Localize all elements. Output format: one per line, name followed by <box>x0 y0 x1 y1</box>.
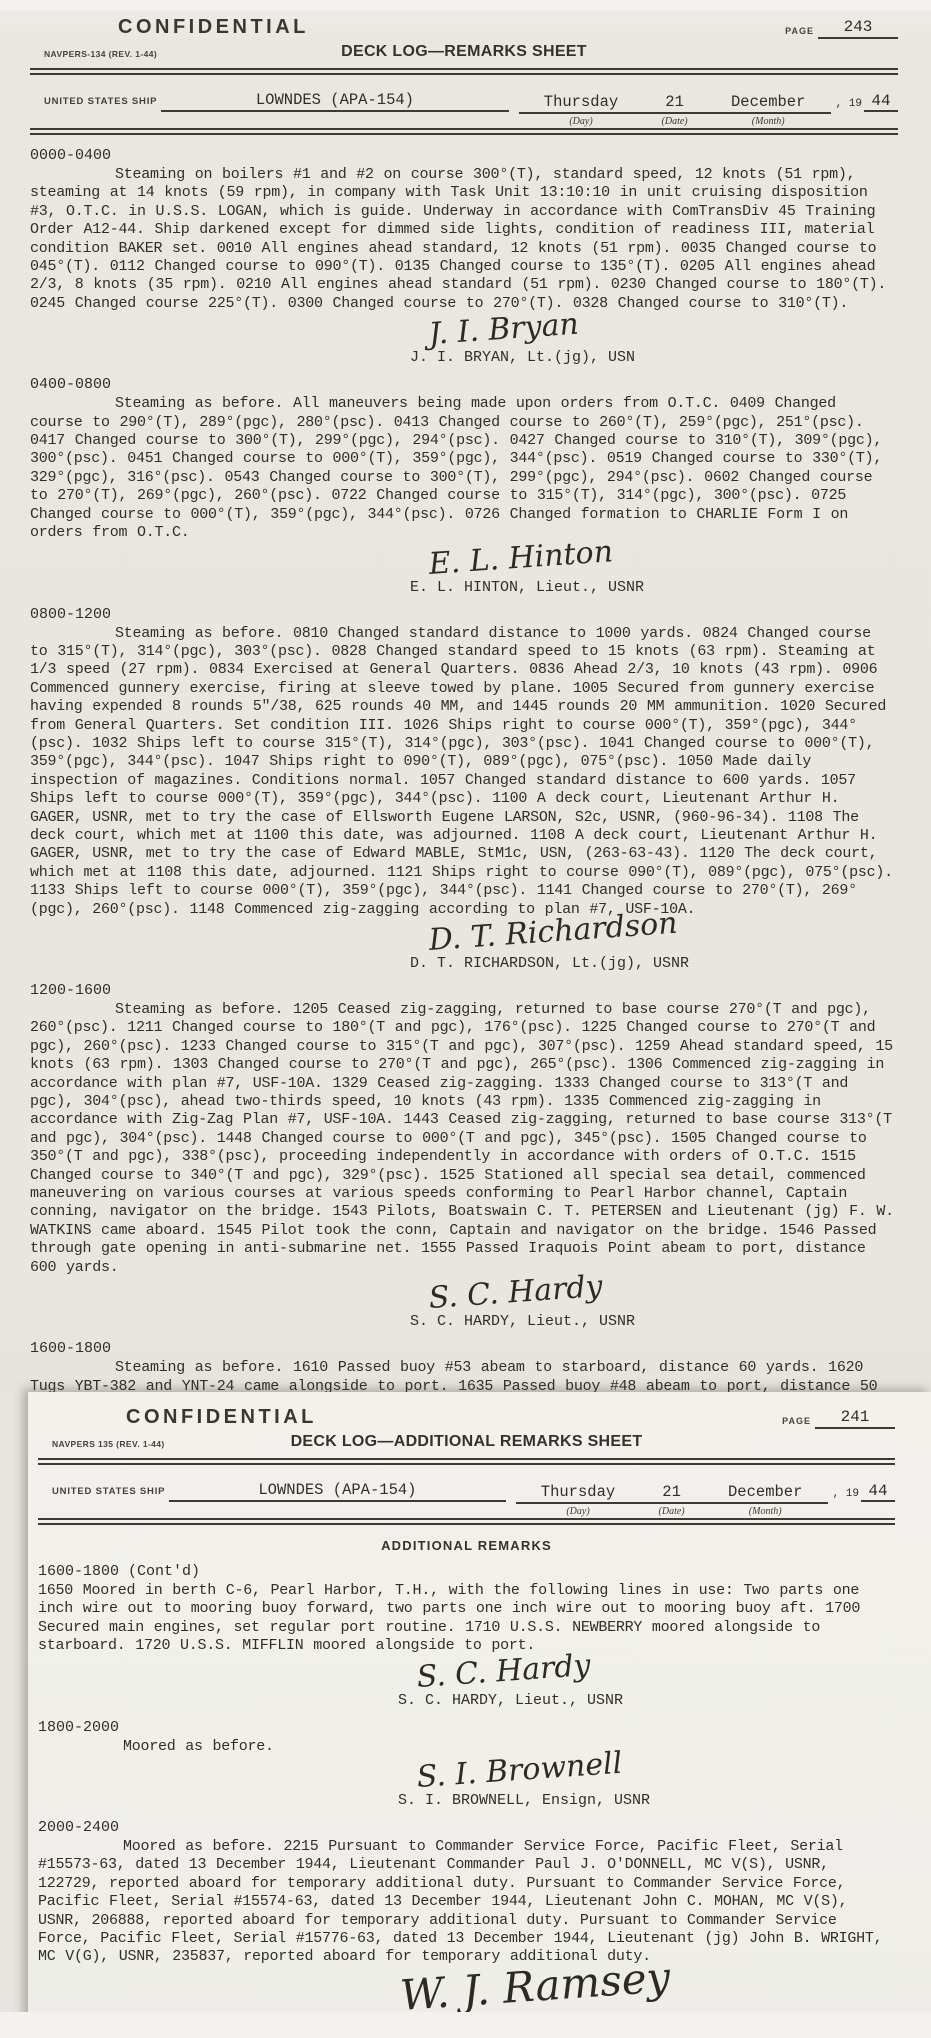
time-range-heading: 0000-0400 <box>30 147 898 164</box>
signature-block: J. I. Bryan J. I. BRYAN, Lt.(jg), USN <box>410 317 898 366</box>
classification-stamp: CONFIDENTIAL <box>126 1406 317 1429</box>
log-entry-text: Moored as before. <box>38 1738 895 1756</box>
scanned-deck-log-page: CONFIDENTIAL PAGE 243 NAVPERS-134 (REV. … <box>0 0 931 2038</box>
log-entry: 1600-1800 (Cont'd) 1650 Moored in berth … <box>38 1563 895 1709</box>
log-entry: 0000-0400 Steaming on boilers #1 and #2 … <box>30 147 898 366</box>
signature-typed-name: S. I. BROWNELL, Ensign, USNR <box>398 1792 895 1809</box>
time-range-heading: 0800-1200 <box>30 606 898 623</box>
log-entry: 0400-0800 Steaming as before. All maneuv… <box>30 376 898 595</box>
signature-typed-name: S. C. HARDY, Lieut., USNR <box>398 1692 895 1709</box>
date-field: Thursday 21 December (Day) (Date) (Month… <box>519 93 831 128</box>
additional-remarks-heading: ADDITIONAL REMARKS <box>38 1538 895 1553</box>
day-label: (Day) <box>516 1506 641 1518</box>
time-range-heading: 1200-1600 <box>30 982 898 999</box>
ship-name: LOWNDES (APA-154) <box>169 1481 505 1502</box>
deck-log-remarks-sheet: CONFIDENTIAL PAGE 243 NAVPERS-134 (REV. … <box>0 0 931 1392</box>
year-value: 44 <box>861 1482 895 1502</box>
signature-typed-name: S. C. HARDY, Lieut., USNR <box>410 1313 898 1330</box>
ship-label: UNITED STATES SHIP <box>44 96 157 107</box>
date-label: (Date) <box>640 1506 702 1518</box>
signature-block: S. I. Brownell S. I. BROWNELL, Ensign, U… <box>398 1760 895 1809</box>
signature-typed-name: J. I. BRYAN, Lt.(jg), USN <box>410 349 898 366</box>
deck-log-additional-remarks-sheet: CONFIDENTIAL PAGE 241 NAVPERS 135 (REV. … <box>28 1392 931 2038</box>
double-rule <box>30 128 898 135</box>
signature-script: J. I. Bryan <box>428 307 580 352</box>
signature-block: D. T. Richardson D. T. RICHARDSON, Lt.(j… <box>410 923 898 972</box>
log-entry-text: Steaming on boilers #1 and #2 on course … <box>30 166 898 313</box>
double-rule <box>30 68 898 75</box>
log-entry: 1600-1800 Steaming as before. 1610 Passe… <box>30 1340 898 1392</box>
log-entry-text: Steaming as before. All maneuvers being … <box>30 395 898 542</box>
sheet2-form-row: NAVPERS 135 (REV. 1-44) DECK LOG—ADDITIO… <box>38 1431 895 1451</box>
page-label: PAGE <box>782 1416 811 1426</box>
year-field: , 19 44 <box>833 1482 895 1502</box>
log-entry-text: Steaming as before. 0810 Changed standar… <box>30 625 898 920</box>
log-entry-text: Steaming as before. 1610 Passed buoy #53… <box>30 1359 898 1392</box>
time-range-heading: 1600-1800 <box>30 1340 898 1357</box>
page-number: 243 <box>818 18 898 39</box>
double-rule <box>38 1518 895 1525</box>
year-field: , 19 44 <box>836 92 898 112</box>
date-labels: (Day) (Date) (Month) <box>519 116 831 128</box>
log-entry-text: Steaming as before. 1205 Ceased zig-zagg… <box>30 1001 898 1277</box>
year-prefix: , 19 <box>836 98 862 112</box>
date-number: 21 <box>640 1483 702 1501</box>
ship-and-date-row: UNITED STATES SHIP LOWNDES (APA-154) Thu… <box>38 1481 895 1518</box>
scan-edge-bottom <box>0 2012 931 2038</box>
year-value: 44 <box>864 92 898 112</box>
form-title: DECK LOG—REMARKS SHEET <box>30 43 898 61</box>
signature-block: S. C. Hardy S. C. HARDY, Lieut., USNR <box>410 1281 898 1330</box>
signature-block: E. L. Hinton E. L. HINTON, Lieut., USNR <box>410 547 898 596</box>
time-range-heading: 0400-0800 <box>30 376 898 393</box>
page-number-block: PAGE 243 <box>785 18 898 39</box>
signature-block: S. C. Hardy S. C. HARDY, Lieut., USNR <box>398 1660 895 1709</box>
day-label: (Day) <box>519 116 644 128</box>
ship-name: LOWNDES (APA-154) <box>161 91 508 112</box>
log-entry: 0800-1200 Steaming as before. 0810 Chang… <box>30 606 898 973</box>
scan-edge-top <box>0 0 931 10</box>
page-number: 241 <box>815 1408 895 1429</box>
sheet2-header-row: CONFIDENTIAL PAGE 241 <box>38 1406 895 1429</box>
month-label: (Month) <box>703 1506 828 1518</box>
date-values: Thursday 21 December <box>519 93 831 114</box>
date-labels: (Day) (Date) (Month) <box>516 1506 828 1518</box>
log-entry-text: 1650 Moored in berth C-6, Pearl Harbor, … <box>38 1582 895 1656</box>
date-field: Thursday 21 December (Day) (Date) (Month… <box>516 1483 828 1518</box>
time-range-heading: 1600-1800 (Cont'd) <box>38 1563 895 1580</box>
date-day: Thursday <box>516 1483 641 1501</box>
page-label: PAGE <box>785 26 814 36</box>
log-entry: 1200-1600 Steaming as before. 1205 Cease… <box>30 982 898 1330</box>
date-number: 21 <box>643 93 705 111</box>
sheet1-header-row: CONFIDENTIAL PAGE 243 <box>30 16 898 39</box>
sheet1-form-row: NAVPERS-134 (REV. 1-44) DECK LOG—REMARKS… <box>30 41 898 61</box>
date-month: December <box>706 93 831 111</box>
classification-stamp: CONFIDENTIAL <box>118 16 309 39</box>
signature-typed-name: E. L. HINTON, Lieut., USNR <box>410 579 898 596</box>
ship-and-date-row: UNITED STATES SHIP LOWNDES (APA-154) Thu… <box>30 91 898 128</box>
time-range-heading: 2000-2400 <box>38 1819 895 1836</box>
log-entry: 1800-2000 Moored as before. S. I. Browne… <box>38 1719 895 1809</box>
date-day: Thursday <box>519 93 644 111</box>
year-prefix: , 19 <box>833 1488 859 1502</box>
date-values: Thursday 21 December <box>516 1483 828 1504</box>
page-number-block: PAGE 241 <box>782 1408 895 1429</box>
date-label: (Date) <box>643 116 705 128</box>
date-month: December <box>703 1483 828 1501</box>
ship-label: UNITED STATES SHIP <box>52 1486 165 1497</box>
time-range-heading: 1800-2000 <box>38 1719 895 1736</box>
month-label: (Month) <box>706 116 831 128</box>
log-entry: 2000-2400 Moored as before. 2215 Pursuan… <box>38 1819 895 2032</box>
signature-typed-name: D. T. RICHARDSON, Lt.(jg), USNR <box>410 955 898 972</box>
form-title: DECK LOG—ADDITIONAL REMARKS SHEET <box>38 1433 895 1451</box>
double-rule <box>38 1458 895 1465</box>
log-entry-text: Moored as before. 2215 Pursuant to Comma… <box>38 1838 895 1967</box>
